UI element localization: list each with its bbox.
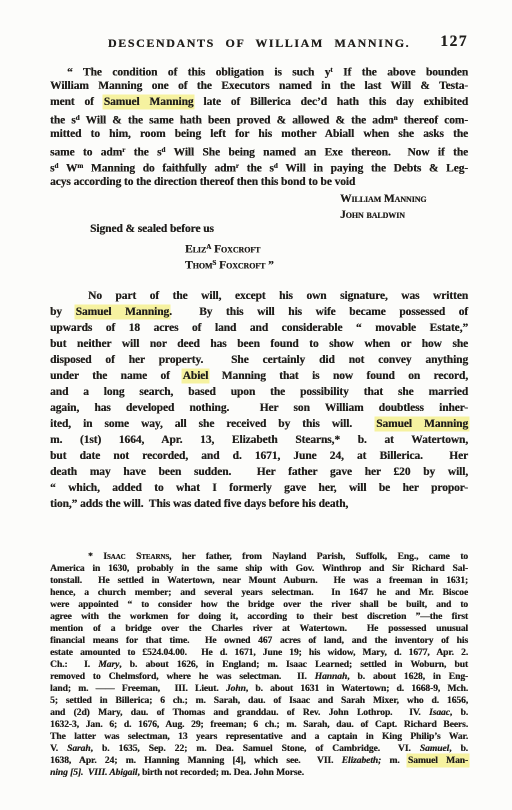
- page-title: DESCENDANTS OF WILLIAM MANNING.: [50, 36, 468, 51]
- text-segment: , b. about 1626, in England; m. Isaac Le…: [119, 659, 468, 670]
- text-line: Signed & sealed before us: [90, 221, 340, 237]
- text-line: 5; settled in Billerica; 6 ch.; m. Sarah…: [50, 695, 468, 707]
- text-line: John baldwin: [340, 207, 480, 223]
- text-line: No part of the will, except his own sign…: [50, 288, 468, 304]
- text-line: agree with the workmen for doing it, acc…: [50, 611, 468, 623]
- text-segment: Samuel: [420, 743, 449, 754]
- text-line: same to admr the sd Will She being named…: [50, 142, 468, 158]
- text-line: V. Sarah, b. 1635, Sep. 22; m. Dea. Samu…: [50, 743, 468, 755]
- text-segment: financial means for that time. He owned …: [50, 635, 468, 646]
- text-segment: Foxcroft ”: [216, 260, 273, 272]
- text-line: but neither will nor deed has been found…: [50, 336, 468, 352]
- text-segment: “ which, added to what I formerly gave h…: [50, 482, 468, 494]
- text-segment: same to adm: [50, 147, 122, 159]
- text-segment: ited, in some way, all she received by t…: [50, 418, 376, 430]
- text-line: “ The condition of this obligation is su…: [50, 62, 468, 78]
- text-segment: Thom: [185, 260, 212, 272]
- text-segment: , b. 1635, Sep. 22; m. Dea. Samuel Stone…: [90, 743, 419, 754]
- text-segment: the s: [125, 147, 161, 159]
- text-segment: Sarah: [67, 743, 91, 754]
- text-segment: land; m. —— Freeman, III. Lieut.: [50, 683, 226, 694]
- text-segment: mitted to him, room being left for his m…: [50, 128, 468, 140]
- text-line: ThomS Foxcroft ”: [185, 255, 385, 271]
- text-line: * Isaac Stearns, her father, from Naylan…: [50, 551, 468, 563]
- page-number: 127: [440, 33, 468, 51]
- running-header: DESCENDANTS OF WILLIAM MANNING. 127: [50, 36, 468, 56]
- text-segment: Foxcroft: [211, 244, 260, 256]
- text-segment: the s: [239, 163, 274, 175]
- highlighted-text: Samuel Man-: [408, 755, 468, 766]
- text-segment: The latter was selectman, 13 years repre…: [50, 731, 468, 742]
- text-segment: William Manning: [340, 193, 426, 205]
- text-line: removed to Chelmsford, where he was sele…: [50, 671, 468, 683]
- text-line: America in 1630, probably in the same sh…: [50, 563, 468, 575]
- text-segment: , b.: [449, 743, 468, 754]
- text-segment: but neither will nor deed has been found…: [50, 338, 468, 350]
- text-line: mention of a bridge over the Charles riv…: [50, 623, 468, 635]
- text-segment: , her father, from Nayland Parish, Suffo…: [169, 551, 468, 562]
- text-line: tion,” adds the will. This was dated fiv…: [50, 496, 468, 512]
- text-segment: If the above bounden: [333, 67, 468, 79]
- text-line: were appointed “ to consider how the bri…: [50, 599, 468, 611]
- text-segment: America in 1630, probably in the same sh…: [50, 563, 468, 574]
- text-segment: W: [58, 163, 77, 175]
- text-line: hence, a church member; and several year…: [50, 587, 468, 599]
- text-segment: m. (1st) 1664, Apr. 13, Elizabeth Stearn…: [50, 434, 468, 446]
- text-line: mitted to him, room being left for his m…: [50, 126, 468, 142]
- highlighted-text: Samuel Manning: [376, 418, 468, 430]
- text-line: 1638, Apr. 24; m. Hanning Manning [4], w…: [50, 755, 468, 767]
- text-segment: John baldwin: [340, 209, 405, 221]
- text-line: and (2d) Mary, dau. of Thomas and grandd…: [50, 707, 468, 719]
- attestation-line: Signed & sealed before us: [90, 221, 340, 237]
- text-segment: m.: [381, 755, 408, 766]
- text-line: again, has developed nothing. Her son Wi…: [50, 400, 468, 416]
- text-segment: by: [50, 306, 76, 318]
- text-segment: , b. about 1628, in Eng-: [347, 671, 468, 682]
- text-line: disposed of her property. She certainly …: [50, 352, 468, 368]
- text-segment: Isaac: [429, 707, 450, 718]
- text-segment: again, has developed nothing. Her son Wi…: [50, 402, 468, 414]
- text-segment: ment of: [50, 96, 104, 108]
- text-line: financial means for that time. He owned …: [50, 635, 468, 647]
- text-line: 1632-3, Jan. 6; d. 1676, Aug. 29; freema…: [50, 719, 468, 731]
- body-paragraph: No part of the will, except his own sign…: [50, 288, 468, 512]
- text-line: but date not recorded, and d. 1671, June…: [50, 448, 468, 464]
- text-segment: late of Billerica dec’d hath this day ex…: [193, 96, 468, 108]
- text-segment: agree with the workmen for doing it, acc…: [50, 611, 468, 622]
- text-segment: removed to Chelmsford, where he was sele…: [50, 671, 315, 682]
- text-segment: . By this will his wife became possessed…: [169, 306, 468, 318]
- text-segment: disposed of her property. She certainly …: [50, 354, 468, 366]
- text-segment: and (2d) Mary, dau. of Thomas and grandd…: [50, 707, 429, 718]
- text-segment: death may have been sudden. Her father g…: [50, 466, 468, 478]
- text-line: m. (1st) 1664, Apr. 13, Elizabeth Stearn…: [50, 432, 468, 448]
- signature-block: William ManningJohn baldwin: [340, 191, 480, 223]
- text-line: ited, in some way, all she received by t…: [50, 416, 468, 432]
- text-line: estate amounted to £524.04.00. He d. 167…: [50, 647, 468, 659]
- text-segment: Signed & sealed before us: [90, 223, 214, 235]
- text-segment: acys according to the direction thereof …: [50, 176, 355, 188]
- text-line: and a long search, based upon the possib…: [50, 384, 468, 400]
- text-segment: Ch.: I.: [50, 659, 98, 670]
- text-segment: Elizabeth;: [342, 755, 382, 766]
- text-line: ment of Samuel Manning late of Billerica…: [50, 94, 468, 110]
- text-line: “ which, added to what I formerly gave h…: [50, 480, 468, 496]
- text-line: sd Wm Manning do faithfully admr the sd …: [50, 158, 468, 174]
- text-segment: hence, a church member; and several year…: [50, 587, 468, 598]
- text-line: land; m. —— Freeman, III. Lieut. John, b…: [50, 683, 468, 695]
- text-segment: tion,” adds the will. This was dated fiv…: [50, 498, 348, 510]
- text-segment: , b.: [450, 707, 468, 718]
- text-segment: No part of the will, except his own sign…: [88, 290, 468, 302]
- text-line: acys according to the direction thereof …: [50, 174, 468, 190]
- text-segment: “ The condition of this obligation is su…: [67, 67, 330, 79]
- text-line: by Samuel Manning. By this will his wife…: [50, 304, 468, 320]
- text-segment: but date not recorded, and d. 1671, June…: [50, 450, 468, 462]
- text-segment: 1632-3, Jan. 6; d. 1676, Aug. 29; freema…: [50, 719, 468, 730]
- text-segment: Mary: [98, 659, 119, 670]
- text-segment: Manning that is now found on record,: [208, 370, 468, 382]
- text-segment: V.: [50, 743, 67, 754]
- text-segment: John: [226, 683, 246, 694]
- text-line: William Manning: [340, 191, 480, 207]
- footnote-block: * Isaac Stearns, her father, from Naylan…: [50, 551, 468, 779]
- text-segment: *: [88, 551, 103, 562]
- text-line: Ch.: I. Mary, b. about 1626, in England;…: [50, 659, 468, 671]
- text-line: upwards of 18 acres of land and consider…: [50, 320, 468, 336]
- text-segment: , b. about 1631 in Watertown; d. 1668-9,…: [246, 683, 468, 694]
- scanned-page: DESCENDANTS OF WILLIAM MANNING. 127 “ Th…: [0, 0, 512, 810]
- text-segment: estate amounted to £524.04.00. He d. 167…: [50, 647, 468, 658]
- text-segment: upwards of 18 acres of land and consider…: [50, 322, 468, 334]
- text-segment: ning [5]. VIII. Abigail: [50, 767, 137, 778]
- highlighted-text: Samuel Manning: [76, 306, 169, 318]
- text-segment: under the name of: [50, 370, 183, 382]
- highlighted-text: Samuel Manning: [104, 96, 194, 108]
- text-segment: and a long search, based upon the possib…: [50, 386, 468, 398]
- text-segment: 1638, Apr. 24; m. Hanning Manning [4], w…: [50, 755, 342, 766]
- text-segment: thereof com-: [398, 115, 468, 127]
- text-line: ElizA Foxcroft: [185, 239, 385, 255]
- text-segment: Eliz: [185, 244, 206, 256]
- highlighted-text: Abiel: [183, 370, 209, 382]
- text-segment: the s: [50, 115, 76, 127]
- text-segment: Will in paying the Debts & Leg-: [278, 163, 468, 175]
- text-line: tonstall. He settled in Watertown, near …: [50, 575, 468, 587]
- text-segment: 5; settled in Billerica; 6 ch.; m. Sarah…: [50, 695, 468, 706]
- text-segment: tonstall. He settled in Watertown, near …: [50, 575, 468, 586]
- text-segment: Hannah: [315, 671, 347, 682]
- text-line: The latter was selectman, 13 years repre…: [50, 731, 468, 743]
- text-segment: Will She being named an Exe thereon. Now…: [165, 147, 468, 159]
- text-line: ning [5]. VIII. Abigail, birth not recor…: [50, 767, 468, 779]
- witness-signatures: ElizA FoxcroftThomS Foxcroft ”: [185, 239, 385, 271]
- text-segment: Will & the same hath been proved & allow…: [80, 115, 394, 127]
- text-line: under the name of Abiel Manning that is …: [50, 368, 468, 384]
- text-segment: Manning do faithfully adm: [83, 163, 236, 175]
- text-segment: William Manning one of the Executors nam…: [50, 80, 468, 92]
- bond-quote-paragraph: “ The condition of this obligation is su…: [50, 62, 468, 190]
- text-line: William Manning one of the Executors nam…: [50, 78, 468, 94]
- text-segment: mention of a bridge over the Charles riv…: [50, 623, 468, 634]
- text-line: the sd Will & the same hath been proved …: [50, 110, 468, 126]
- text-line: death may have been sudden. Her father g…: [50, 464, 468, 480]
- text-segment: , birth not recorded; m. Dea. John Morse…: [137, 767, 304, 778]
- text-segment: were appointed “ to consider how the bri…: [50, 599, 468, 610]
- text-segment: Isaac Stearns: [103, 551, 169, 562]
